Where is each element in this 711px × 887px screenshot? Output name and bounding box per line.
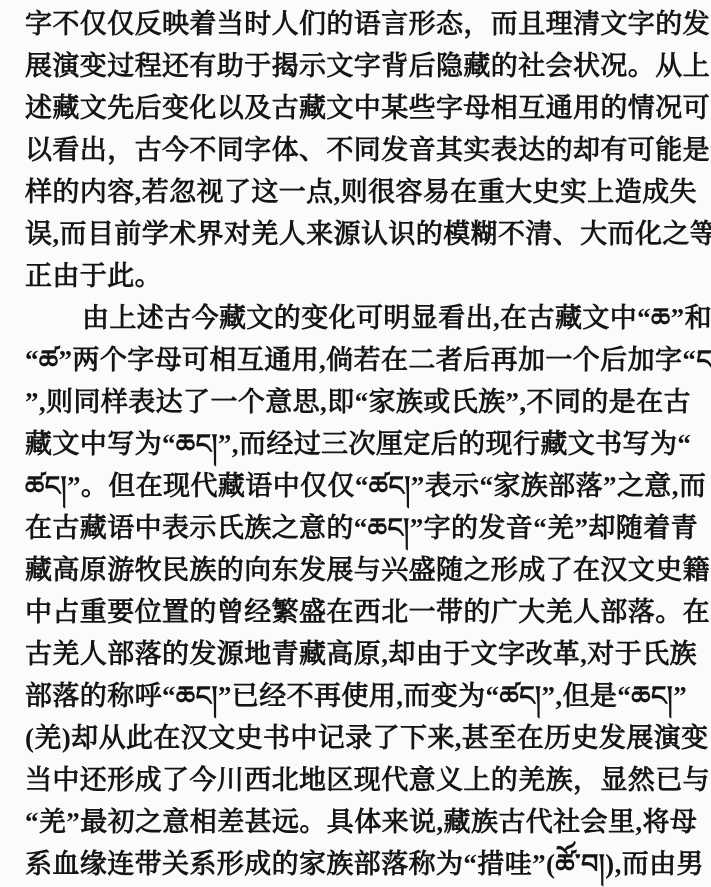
paragraph-1: 字不仅仅反映着当时人们的语言形态，而且理清文字的发 展演变过程还有助于揭示文字背… (25, 3, 701, 297)
text-line: “羌”最初之意相差甚远。具体来说,藏族古代社会里,将母 (25, 801, 701, 843)
text-line: (羌)却从此在汉文史书中记录了下来,甚至在历史发展演变 (25, 717, 701, 759)
text-line: 由上述古今藏文的变化可明显看出,在古藏文中“ཆ”和 (25, 297, 701, 339)
text-line: 在古藏语中表示氏族之意的“ཆང།”字的发音“羌”却随着青 (25, 507, 701, 549)
text-line: 藏文中写为“ཆང།”,而经过三次厘定后的现行藏文书写为“ (25, 423, 701, 465)
text-line: ”,则同样表达了一个意思,即“家族或氏族”,不同的是在古 (25, 381, 701, 423)
paragraph-2: 由上述古今藏文的变化可明显看出,在古藏文中“ཆ”和 “ཚ”两个字母可相互通用,倘… (25, 297, 701, 885)
text-line: 述藏文先后变化以及古藏文中某些字母相互通用的情况可 (25, 87, 701, 129)
text-line: 部落的称呼“ཆང།”已经不再使用,而变为“ཚང།”,但是“ཆང།” (25, 675, 701, 717)
text-line: 藏高原游牧民族的向东发展与兴盛随之形成了在汉文史籍 (25, 549, 701, 591)
text-line: 以看出，古今不同字体、不同发音其实表达的却有可能是一 (25, 129, 701, 171)
scanned-book-page: 字不仅仅反映着当时人们的语言形态，而且理清文字的发 展演变过程还有助于揭示文字背… (0, 0, 711, 887)
text-line: ཚང།”。但在现代藏语中仅仅“ཚང།”表示“家族部落”之意,而 (25, 465, 701, 507)
text-line: 中占重要位置的曾经繁盛在西北一带的广大羌人部落。在 (25, 591, 701, 633)
text-line: 当中还形成了今川西北地区现代意义上的羌族，显然已与 (25, 759, 701, 801)
text-line: 样的内容,若忽视了这一点,则很容易在重大史实上造成失 (25, 171, 701, 213)
text-line: 古羌人部落的发源地青藏高原,却由于文字改革,对于氏族 (25, 633, 701, 675)
text-line: 系血缘连带关系形成的家族部落称为“措哇”(ཚོ་བ།),而由男 (25, 843, 701, 885)
text-line: 字不仅仅反映着当时人们的语言形态，而且理清文字的发 (25, 3, 701, 45)
text-line: “ཚ”两个字母可相互通用,倘若在二者后再加一个后加字“ང (25, 339, 701, 381)
text-line: 误,而目前学术界对羌人来源认识的模糊不清、大而化之等 (25, 213, 701, 255)
text-line: 正由于此。 (25, 255, 701, 297)
text-line: 展演变过程还有助于揭示文字背后隐藏的社会状况。从上 (25, 45, 701, 87)
